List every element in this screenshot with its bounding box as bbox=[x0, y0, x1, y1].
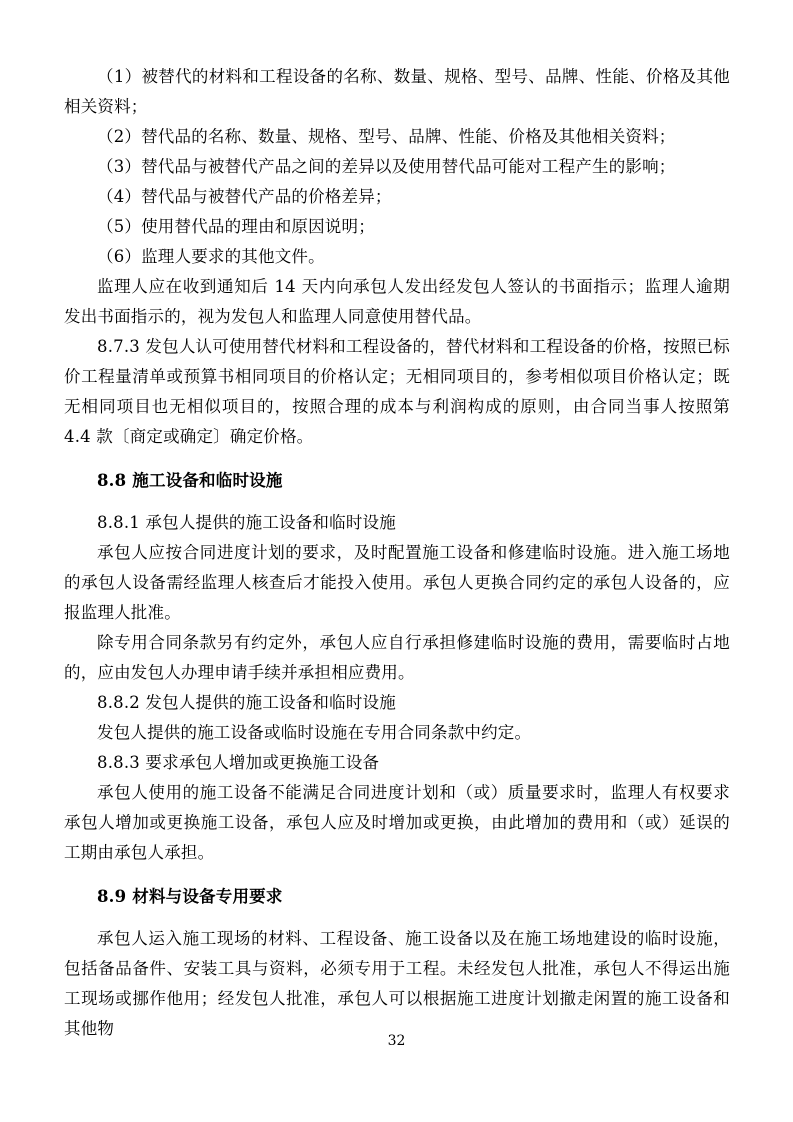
clause-title-8-8-1: 8.8.1 承包人提供的施工设备和临时设施 bbox=[64, 508, 730, 538]
list-item-3: （3）替代品与被替代产品之间的差异以及使用替代品可能对工程产生的影响； bbox=[64, 152, 730, 182]
list-item-1: （1）被替代的材料和工程设备的名称、数量、规格、型号、品牌、性能、价格及其他相关… bbox=[64, 62, 730, 122]
clause-paragraph-8-8-3-a: 承包人使用的施工设备不能满足合同进度计划和（或）质量要求时，监理人有权要求承包人… bbox=[64, 778, 730, 868]
clause-paragraph-8-8-1-b: 除专用合同条款另有约定外，承包人应自行承担修建临时设施的费用，需要临时占地的，应… bbox=[64, 628, 730, 688]
clause-paragraph-8-8-1-a: 承包人应按合同进度计划的要求，及时配置施工设备和修建临时设施。进入施工场地的承包… bbox=[64, 538, 730, 628]
section-heading-8-9: 8.9 材料与设备专用要求 bbox=[64, 882, 730, 912]
list-item-6: （6）监理人要求的其他文件。 bbox=[64, 242, 730, 272]
document-body: （1）被替代的材料和工程设备的名称、数量、规格、型号、品牌、性能、价格及其他相关… bbox=[64, 62, 730, 1044]
list-item-2: （2）替代品的名称、数量、规格、型号、品牌、性能、价格及其他相关资料； bbox=[64, 122, 730, 152]
section-heading-8-8: 8.8 施工设备和临时设施 bbox=[64, 466, 730, 496]
clause-paragraph-8-7-3: 8.7.3 发包人认可使用替代材料和工程设备的，替代材料和工程设备的价格，按照已… bbox=[64, 332, 730, 452]
list-item-5: （5）使用替代品的理由和原因说明； bbox=[64, 212, 730, 242]
list-item-4: （4）替代品与被替代产品的价格差异； bbox=[64, 182, 730, 212]
clause-title-8-8-2: 8.8.2 发包人提供的施工设备和临时设施 bbox=[64, 688, 730, 718]
clause-paragraph-supervisor-notice: 监理人应在收到通知后 14 天内向承包人发出经发包人签认的书面指示；监理人逾期发… bbox=[64, 272, 730, 332]
clause-paragraph-8-8-2-a: 发包人提供的施工设备或临时设施在专用合同条款中约定。 bbox=[64, 718, 730, 748]
document-page: （1）被替代的材料和工程设备的名称、数量、规格、型号、品牌、性能、价格及其他相关… bbox=[0, 0, 793, 1122]
clause-paragraph-8-9-a: 承包人运入施工现场的材料、工程设备、施工设备以及在施工场地建设的临时设施，包括备… bbox=[64, 924, 730, 1044]
page-number: 32 bbox=[0, 1030, 793, 1052]
clause-title-8-8-3: 8.8.3 要求承包人增加或更换施工设备 bbox=[64, 748, 730, 778]
